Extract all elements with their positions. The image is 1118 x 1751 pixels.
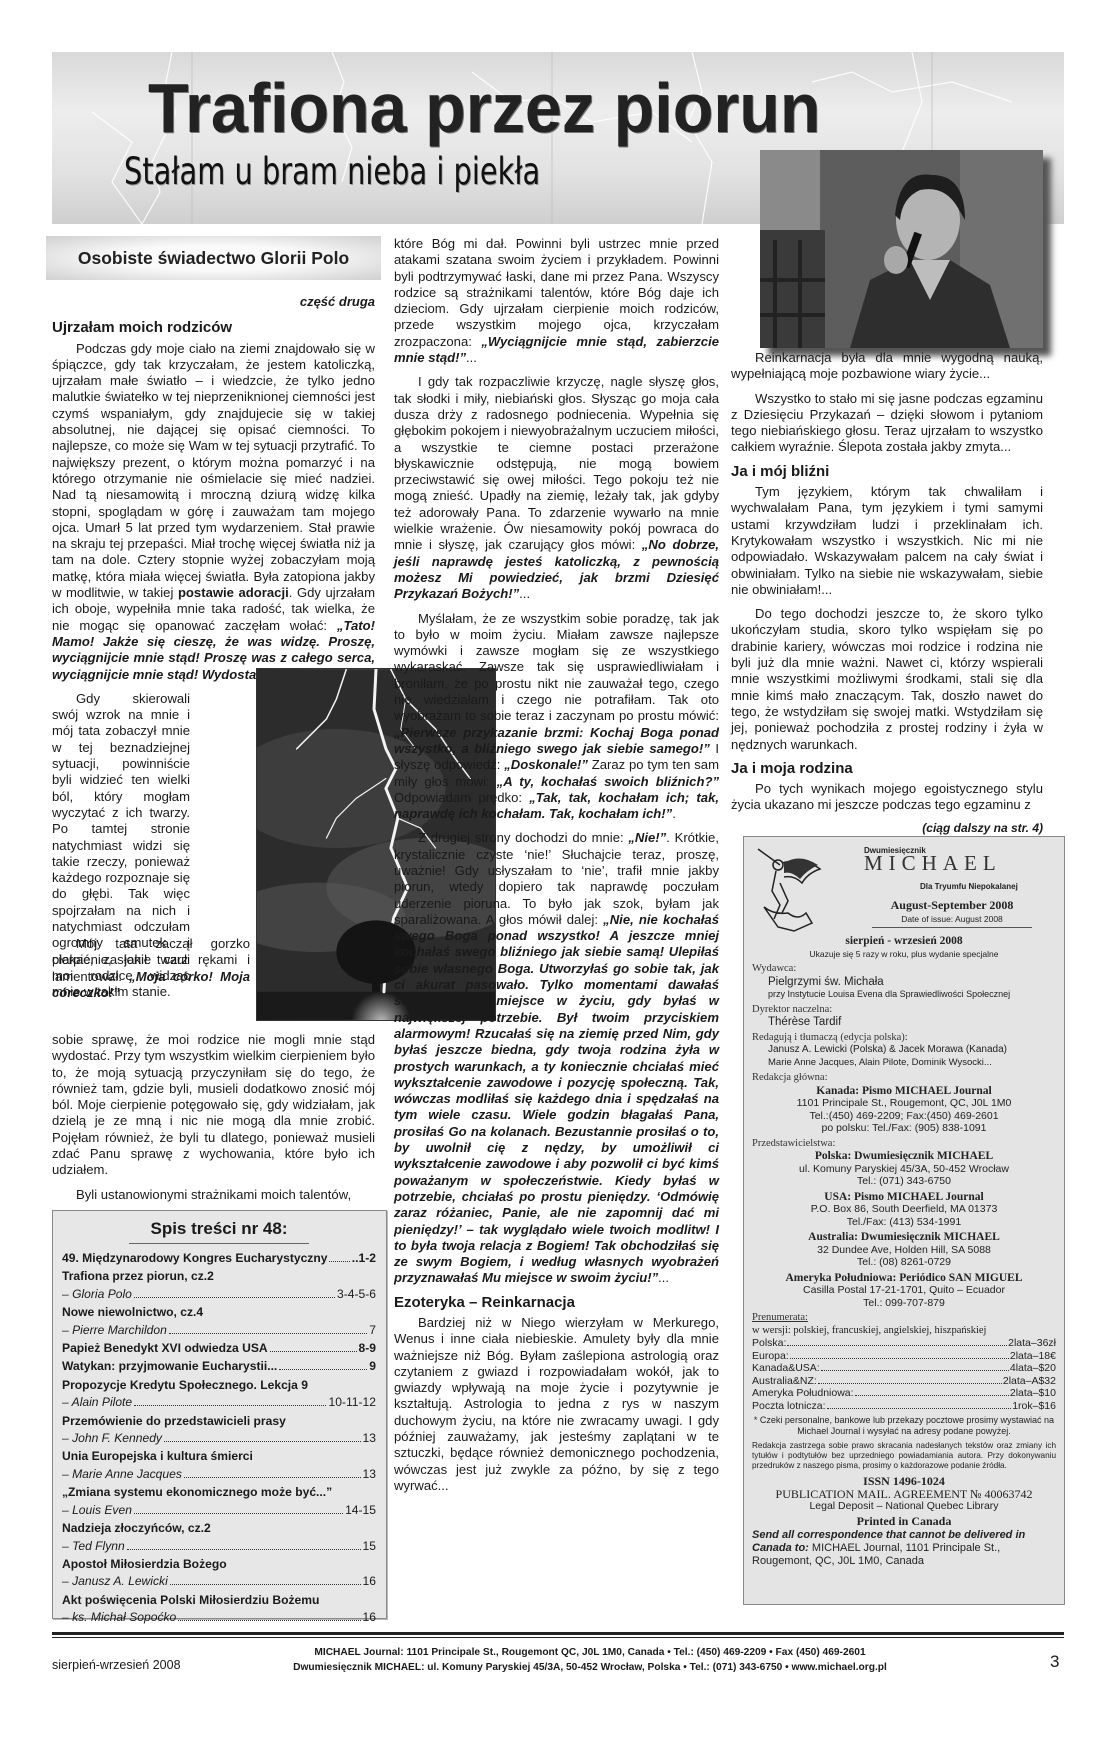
paragraph: Wszystko to stało mi się jasne podczas e… [731,391,1043,456]
speaker-photo [760,150,1043,348]
toc-entry-author: – Pierre Marchildon [62,1322,167,1339]
toc-title: Spis treści nr 48: [62,1219,376,1239]
price-leader [827,1408,1012,1409]
cheques-note: * Czeki personalne, bankowe lub przekazy… [752,1415,1056,1437]
toc-entry-author: – ks. Michał Sopoćko [62,1609,176,1626]
toc-entry-author: – Louis Even [62,1502,132,1519]
article-column-1: Osobiste świadectwo Glorii Polo część dr… [52,236,375,1008]
rep-phone: Tel.: (08) 8261-0729 [752,1256,1056,1269]
toc-entry-author: – Marie Anne Jacques [62,1466,182,1483]
subscription-region: Ameryka Południowa: [752,1387,854,1400]
toc-entry[interactable]: Watykan: przyjmowanie Eucharystii...9 [62,1358,376,1375]
article-column-2: które Bóg mi dał. Powinni byli ustrzec m… [394,236,719,1502]
toc-entry-title: Przemówienie do przedstawicieli prasy [62,1413,376,1430]
issue-date: Date of issue: August 2008 [872,913,1032,926]
toc-leader [270,1351,357,1352]
main-office-label: Redakcja główna: [752,1072,1056,1085]
imprint-motto: Dla Tryumfu Niepokalanej [920,881,1018,894]
paragraph: Mój tata zaczął gorzko płakać, zasłonił … [52,936,250,1001]
office-phone: Tel.:(450) 469-2209; Fax:(450) 469-2601 [752,1110,1056,1123]
toc-leader [329,1261,349,1262]
paragraph: sobie sprawę, że moi rodzice nie mogli m… [52,1032,375,1179]
rep-address: 32 Dundee Ave, Holden Hill, SA 5088 [752,1244,1056,1257]
rep-phone: Tel./Fax: (413) 534-1991 [752,1216,1056,1229]
paragraph: Po tych wynikach mojego egoistycznego st… [731,781,1043,814]
editors-line-1: Janusz A. Lewicki (Polska) & Jacek Moraw… [752,1044,1056,1057]
subscription-region: Europa: [752,1350,789,1363]
subscription-price: 1rok–$16 [1012,1400,1056,1413]
subheading: Ezoteryka – Reinkarnacja [394,1295,719,1311]
table-of-contents: Spis treści nr 48: 49. Międzynarodowy Ko… [52,1210,387,1619]
toc-entry-title: Akt poświęcenia Polski Miłosierdziu Boże… [62,1592,376,1609]
subscription-price-row: Europa:2lata–18€ [752,1350,1056,1363]
legal-deposit: Legal Deposit – National Quebec Library [752,1500,1056,1513]
subscription-price-row: Ameryka Południowa:2lata–$10 [752,1387,1056,1400]
toc-entry-page: 3-4-5-6 [337,1286,376,1303]
frequency: Ukazuje się 5 razy w roku, plus wydanie … [752,948,1056,961]
paragraph: I gdy tak rozpaczliwie krzyczę, nagle sł… [394,374,719,602]
price-leader [821,1370,1009,1371]
subscription-price-row: Poczta lotnicza:1rok–$16 [752,1400,1056,1413]
subscription-price-row: Kanada&USA:4lata–$20 [752,1362,1056,1375]
article-column-3: Reinkarnacja była dla mnie wygodną nauką… [731,350,1043,836]
footer-divider [52,1632,1064,1635]
toc-entry-page: 14-15 [345,1502,376,1519]
publication-imprint: Dwumiesięcznik MICHAEL Dla Tryumfu Niepo… [743,836,1065,1605]
toc-entry-title: Nadzieja złoczyńców, cz.2 [62,1520,376,1537]
toc-entry-page: 16 [363,1609,376,1626]
toc-leader [279,1369,367,1370]
imprint-title: MICHAEL [864,857,1002,870]
price-leader [787,1345,1007,1346]
toc-entry-author: – Alain Pilote [62,1394,132,1411]
toc-leader [164,1441,361,1442]
undeliverable-note: Send all correspondence that cannot be d… [752,1529,1056,1568]
subscription-region: Australia&NZ: [752,1375,817,1388]
rights-note: Redakcja zastrzega sobie prawo skracania… [752,1441,1056,1471]
toc-entry[interactable]: Trafiona przez piorun, cz.2– Gloria Polo… [62,1268,376,1303]
toc-entry-title: Papież Benedykt XVI odwiedza USA [62,1340,268,1357]
toc-entry[interactable]: Propozycje Kredytu Społecznego. Lekcja 9… [62,1377,376,1412]
subscription-price: 4lata–$20 [1010,1362,1056,1375]
part-label: część druga [52,294,375,310]
printed-in: Printed in Canada [752,1515,1056,1528]
subheading: Ja i moja rodzina [731,761,1043,777]
footer-date: sierpień-wrzesień 2008 [52,1658,181,1672]
issn: ISSN 1496-1024 [752,1475,1056,1488]
paragraph: Tym językiem, którym tak chwaliłam i wyc… [731,484,1043,598]
toc-entry[interactable]: Nowe niewolnictwo, cz.4– Pierre Marchild… [62,1304,376,1339]
paragraph: Byli ustanowionymi strażnikami moich tal… [52,1187,375,1203]
toc-entry-title: Propozycje Kredytu Społecznego. Lekcja 9 [62,1377,376,1394]
paragraph: Reinkarnacja była dla mnie wygodną nauką… [731,350,1043,383]
toc-entry-page: 9 [369,1358,376,1375]
toc-divider [129,1243,309,1244]
edition-pl: sierpień - wrzesień 2008 [752,935,1056,948]
paragraph: Bardziej niż w Niego wierzyłam w Merkure… [394,1315,719,1494]
toc-leader [169,1333,367,1334]
director: Thérèse Tardif [752,1016,1056,1029]
toc-entry-author: – Gloria Polo [62,1286,132,1303]
toc-entry-title: Watykan: przyjmowanie Eucharystii... [62,1358,277,1375]
toc-entry[interactable]: Akt poświęcenia Polski Miłosierdziu Boże… [62,1592,376,1627]
toc-leader [134,1405,326,1406]
footer-contact: MICHAEL Journal: 1101 Principale St., Ro… [240,1645,940,1675]
subscription-region: Poczta lotnicza: [752,1400,826,1413]
subscription-region: Kanada&USA: [752,1362,820,1375]
toc-leader [184,1477,361,1478]
subscription-label: Prenumerata: [752,1312,1056,1325]
toc-entry-title: Apostoł Miłosierdzia Bożego [62,1556,376,1573]
rep-name: Australia: Dwumiesięcznik MICHAEL [752,1231,1056,1244]
paragraph: Z drugiej strony dochodzi do mnie: „Nie!… [394,830,719,1286]
toc-entry-author: – Ted Flynn [62,1538,125,1555]
page-subtitle: Stałam u bram nieba i piekła [124,150,540,193]
subheading: Ja i mój bliźni [731,464,1043,480]
rep-address: ul. Komuny Paryskiej 45/3A, 50-452 Wrocł… [752,1163,1056,1176]
footer-contact-poland: Dwumiesięcznik MICHAEL: ul. Komuny Parys… [240,1660,940,1675]
rep-name: Ameryka Południowa: Periódico SAN MIGUEL [752,1272,1056,1285]
article-section-title: Osobiste świadectwo Glorii Polo [46,236,381,280]
office-address: 1101 Principale St., Rougemont, QC, J0L … [752,1097,1056,1110]
toc-entry-title: „Zmiana systemu ekonomicznego może być..… [62,1484,376,1501]
editors-label: Redagują i tłumaczą (edycja polska): [752,1032,1056,1045]
toc-entry[interactable]: 49. Międzynarodowy Kongres Eucharystyczn… [62,1250,376,1267]
toc-entry[interactable]: Papież Benedykt XVI odwiedza USA8-9 [62,1340,376,1357]
director-label: Dyrektor naczelna: [752,1004,1056,1017]
office-phone-pl: po polsku: Tel./Fax: (905) 838-1091 [752,1122,1056,1135]
price-leader [790,1358,1009,1359]
toc-entry-title: Unia Europejska i kultura śmierci [62,1448,376,1465]
toc-leader [178,1620,360,1621]
editors-line-2: Marie Anne Jacques, Alain Pilote, Domini… [752,1057,1056,1070]
footer-contact-canada: MICHAEL Journal: 1101 Principale St., Ro… [240,1645,940,1660]
toc-entry-page: 13 [363,1430,376,1447]
rep-phone: Tel.: 099-707-879 [752,1297,1056,1310]
toc-entry-author: – John F. Kennedy [62,1430,162,1447]
rep-address: P.O. Box 86, South Deerfield, MA 01373 [752,1203,1056,1216]
mail-agreement: PUBLICATION MAIL. AGREEMENT № 40063742 [752,1488,1056,1501]
publisher-label: Wydawca: [752,963,1056,976]
paragraph: Myślałam, że ze wszystkim sobie poradzę,… [394,611,719,823]
price-leader [818,1383,1002,1384]
office-name: Kanada: Pismo MICHAEL Journal [752,1085,1056,1098]
toc-entry-page: ..1-2 [352,1250,376,1267]
subscription-price: 2lata–36zł [1008,1337,1056,1350]
publisher: Pielgrzymi św. Michała [752,976,1056,989]
continued-link[interactable]: (ciąg dalszy na str. 4) [731,820,1043,836]
st-michael-archangel-icon [754,843,826,935]
reps-label: Przedstawicielstwa: [752,1138,1056,1151]
toc-entry-page: 10-11-12 [328,1394,376,1411]
footer-divider-thin [52,1637,1064,1638]
subscription-price: 2lata–$10 [1010,1387,1056,1400]
toc-entry[interactable]: Unia Europejska i kultura śmierci– Marie… [62,1448,376,1483]
toc-entry-page: 7 [369,1322,376,1339]
toc-entry[interactable]: Przemówienie do przedstawicieli prasy– J… [62,1413,376,1448]
edition-en: August-September 2008 [872,899,1032,912]
toc-entry[interactable]: Nadzieja złoczyńców, cz.2– Ted Flynn15 [62,1520,376,1555]
subscription-price-row: Polska:2lata–36zł [752,1337,1056,1350]
paragraph: Podczas gdy moje ciało na ziemi znajdowa… [52,341,375,683]
toc-leader [127,1549,361,1550]
subscription-price-row: Australia&NZ:2lata–A$32 [752,1375,1056,1388]
rep-name: USA: Pismo MICHAEL Journal [752,1191,1056,1204]
toc-leader [134,1297,335,1298]
toc-entry[interactable]: „Zmiana systemu ekonomicznego może być..… [62,1484,376,1519]
paragraph: Do tego dochodzi jeszcze to, że skoro ty… [731,606,1043,753]
page-number: 3 [1050,1652,1059,1672]
toc-entry-page: 16 [363,1573,376,1590]
toc-entry-title: Nowe niewolnictwo, cz.4 [62,1304,376,1321]
woman-with-microphone-icon [760,150,1043,348]
toc-entry-title: 49. Międzynarodowy Kongres Eucharystyczn… [62,1250,327,1267]
rep-name: Polska: Dwumiesięcznik MICHAEL [752,1150,1056,1163]
toc-entry-title: Trafiona przez piorun, cz.2 [62,1268,376,1285]
subscription-region: Polska: [752,1337,786,1350]
subheading: Ujrzałam moich rodziców [52,320,375,336]
article-column-1-bottom: . A moja matka dalej modliła się, i tak … [52,1032,375,1211]
subscription-versions: w wersji: polskiej, francuskiej, angiels… [752,1325,1056,1338]
article-column-1-wrap: Mój tata zaczął gorzko płakać, zasłonił … [52,936,250,1009]
imprint-divider [872,927,1032,928]
toc-entry-page: 13 [363,1466,376,1483]
rep-address: Casilla Postal 17-21-1701, Quito – Ecuad… [752,1284,1056,1297]
toc-entry-author: – Janusz A. Lewicki [62,1573,168,1590]
toc-leader [170,1584,361,1585]
toc-leader [134,1513,343,1514]
paragraph: które Bóg mi dał. Powinni byli ustrzec m… [394,236,719,366]
toc-entry-page: 15 [363,1538,376,1555]
subscription-price: 2lata–A$32 [1003,1375,1056,1388]
publisher-sub: przy Instytucie Louisa Evena dla Sprawie… [752,988,1056,1001]
price-leader [855,1395,1009,1396]
toc-entry[interactable]: Apostoł Miłosierdzia Bożego– Janusz A. L… [62,1556,376,1591]
subscription-price: 2lata–18€ [1010,1350,1056,1363]
rep-phone: Tel.: (071) 343-6750 [752,1175,1056,1188]
page-title: Trafiona przez piorun [148,68,820,148]
toc-entry-page: 8-9 [359,1340,376,1357]
